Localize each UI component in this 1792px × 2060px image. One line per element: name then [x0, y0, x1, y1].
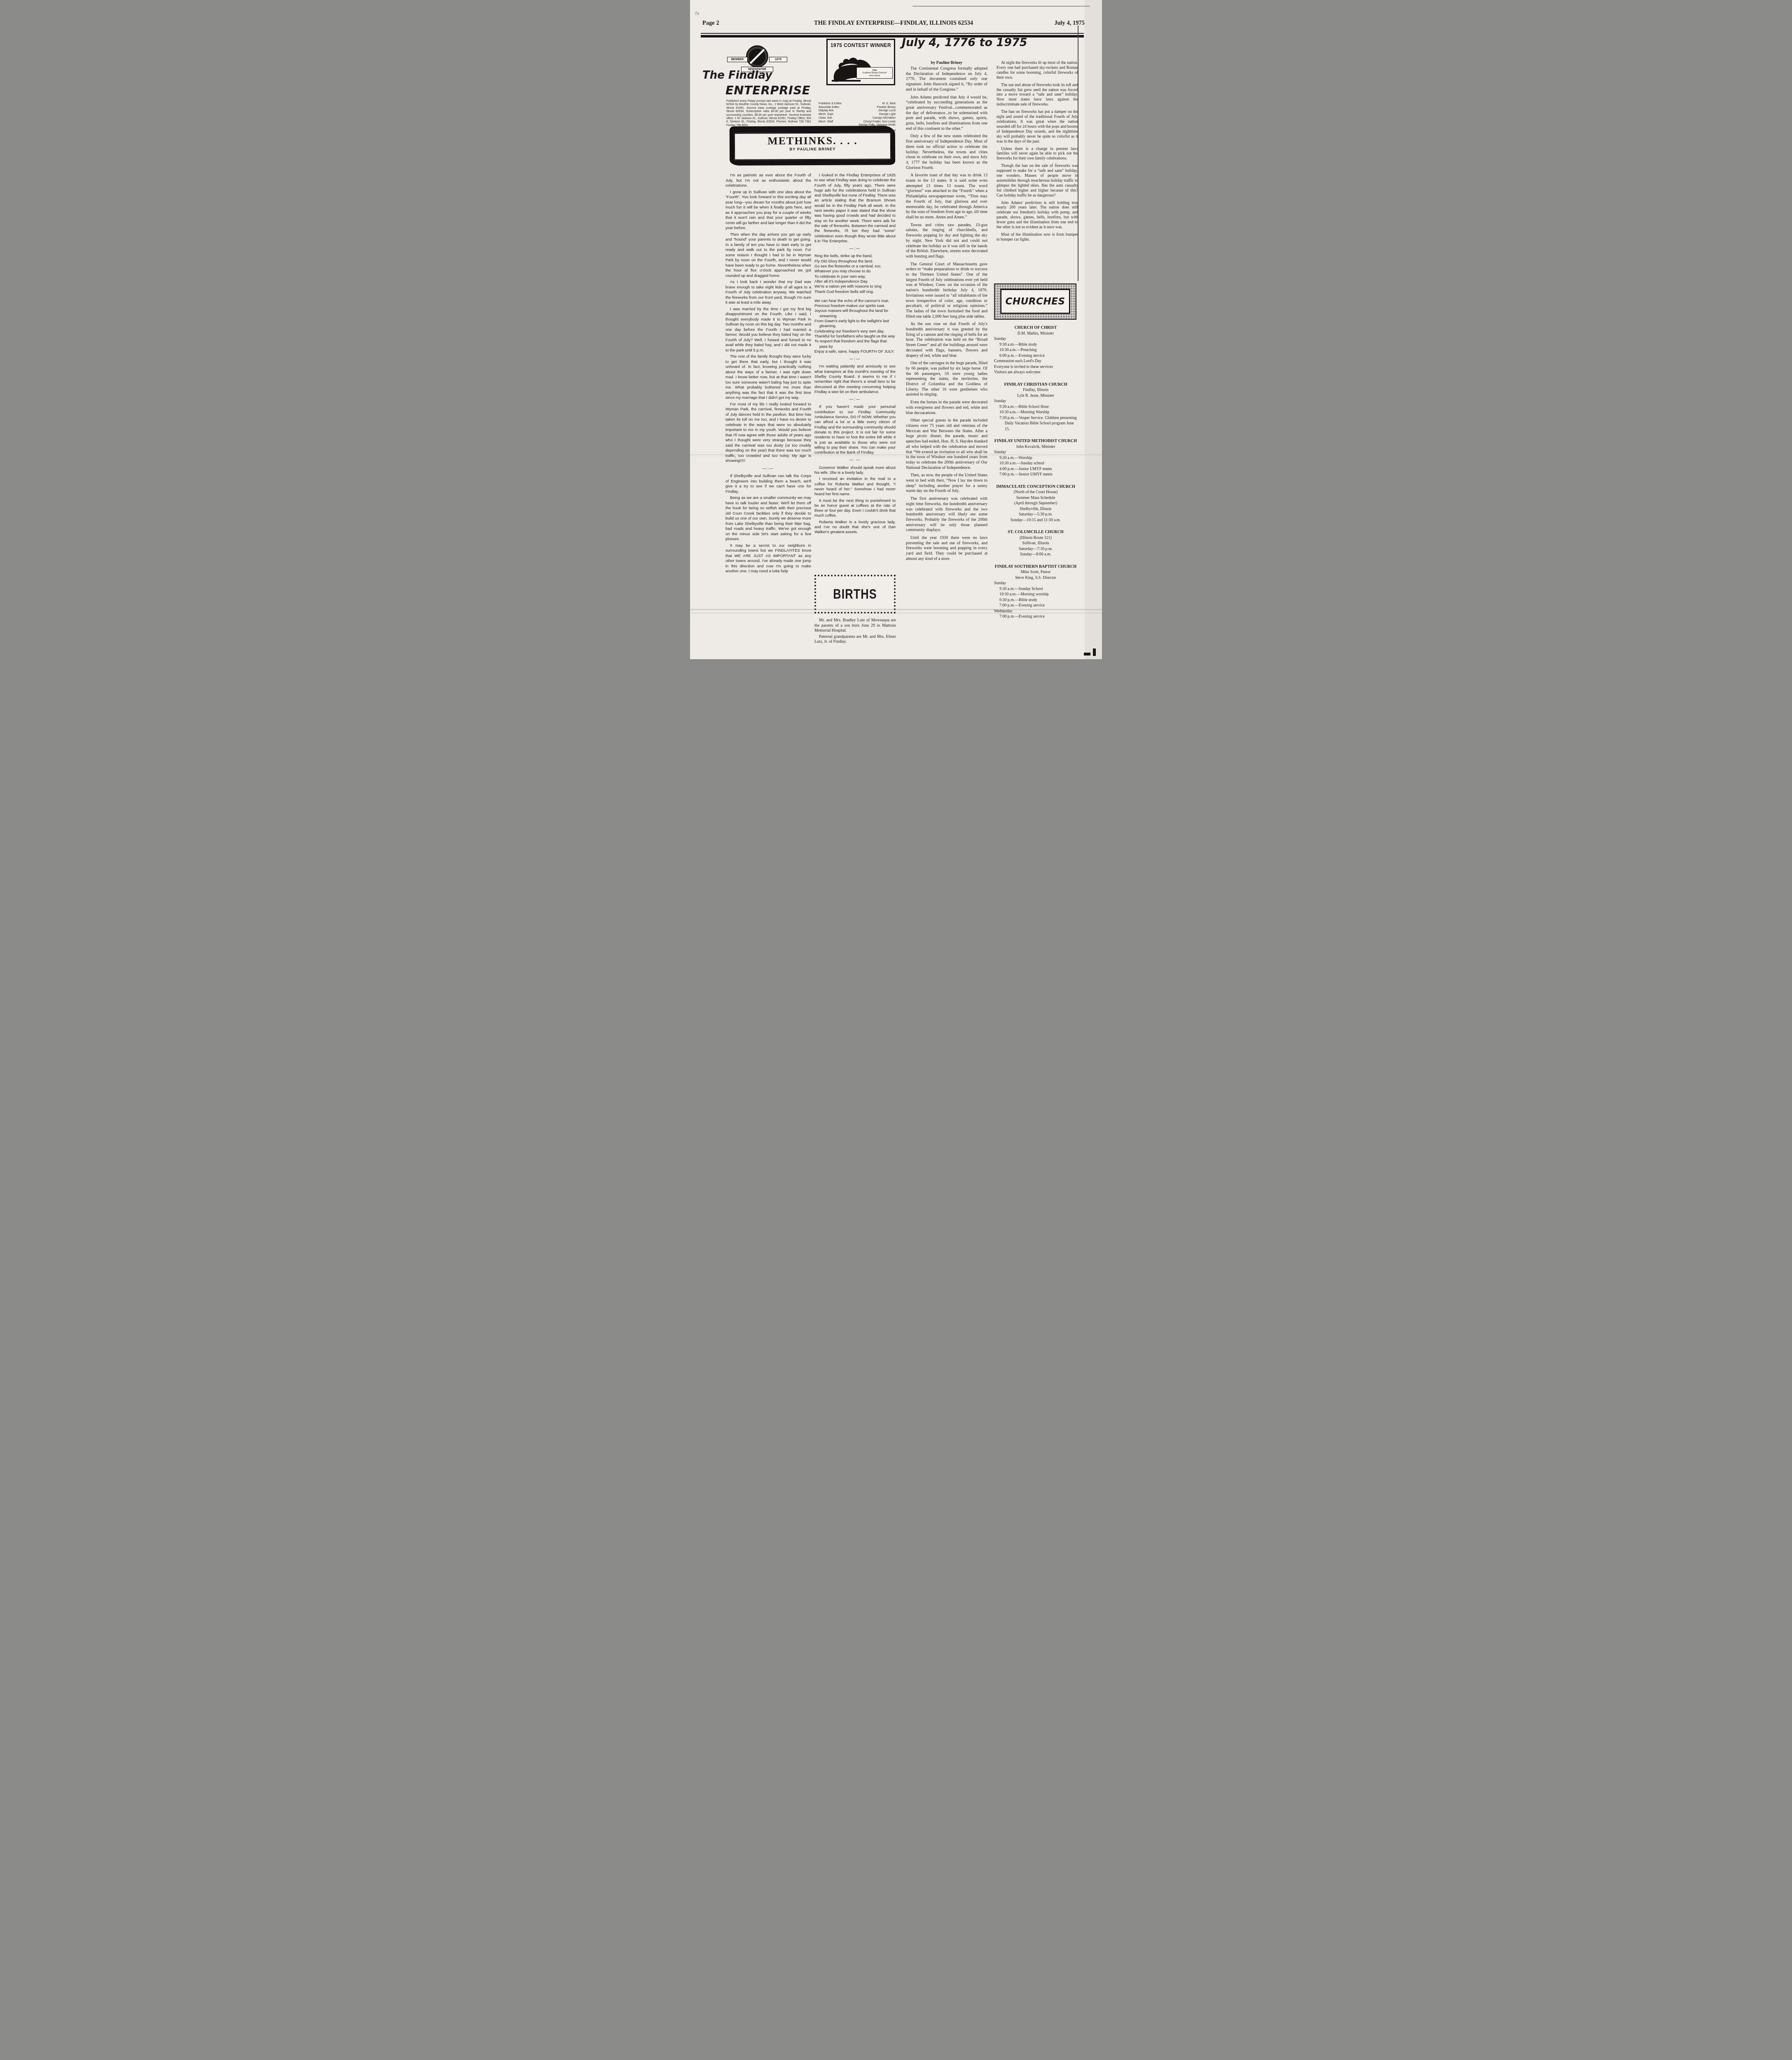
methinks-left-column: I'm as patriotic as ever about the Fourt…: [725, 173, 811, 643]
methinks-byline: BY PAULINE BRINEY: [735, 147, 890, 152]
methinks-right-column: I looked in the Findlay Enterprises of 1…: [814, 173, 896, 571]
feature-article-left-column: The Continental Congress formally adopte…: [906, 66, 987, 656]
methinks-title: METHINKS. . . .: [735, 134, 890, 147]
births-banner-title: BIRTHS: [833, 586, 877, 602]
contest-winner-box: 1975 CONTEST WINNER The Southern Illinoi…: [826, 39, 895, 85]
association-name-line1: Southern Illinois Editorial: [863, 72, 887, 74]
scan-mark: fa: [695, 11, 699, 16]
scan-artifact-line: [912, 6, 1090, 7]
page-header: Page 2 THE FINDLAY ENTERPRISE—FINDLAY, I…: [702, 20, 1085, 28]
paper-name-line1: The Findlay: [702, 69, 772, 82]
church-listings: CHURCH OF CHRISTD.M. Mathis, MinisterSun…: [994, 325, 1077, 655]
churches-section-banner: CHURCHES: [994, 283, 1076, 320]
scan-corner-mark: [1084, 653, 1090, 655]
scan-edge-shading: [1085, 0, 1102, 659]
scan-artifact-band: [690, 454, 1102, 455]
churches-banner-title: CHURCHES: [1000, 289, 1070, 314]
publication-info: Published every Firday (except last week…: [726, 100, 811, 127]
issue-date: July 4, 1975: [1054, 20, 1085, 27]
association-name-line2: Association: [869, 75, 880, 77]
contest-winner-title: 1975 CONTEST WINNER: [828, 42, 894, 48]
newspaper-name-header: THE FINDLAY ENTERPRISE—FINDLAY, ILLINOIS…: [702, 20, 1085, 27]
header-rule-thin: [701, 33, 1084, 34]
paper-name-line2: ENTERPRISE: [725, 83, 810, 97]
feature-article-right-column: At night the fireworks lit up most of th…: [997, 61, 1078, 282]
births-section-banner: BIRTHS: [814, 575, 896, 613]
scan-corner-mark: [1093, 648, 1096, 656]
press-association-seal-icon: [746, 45, 768, 68]
methinks-banner: METHINKS. . . . BY PAULINE BRINEY: [730, 126, 895, 166]
scan-artifact-band: [690, 609, 1102, 610]
association-script-the: The: [857, 68, 892, 72]
methinks-banner-panel: METHINKS. . . . BY PAULINE BRINEY: [734, 132, 891, 160]
feature-article-title: July 4, 1776 to 1975: [902, 36, 1100, 49]
scan-artifact-band: [690, 613, 1102, 613]
editorial-association-label: The Southern Illinois Editorial Associat…: [856, 67, 893, 79]
births-announcement: Mr. and Mrs. Bradley Lutz of Moweaqua ar…: [814, 618, 896, 656]
feature-article-byline: by Pauline Briney: [906, 61, 987, 65]
badge-member-ribbon: MEMBER: [727, 57, 748, 62]
scan-vertical-rule: [1078, 26, 1078, 281]
badge-year-ribbon: 1975: [769, 57, 787, 62]
newspaper-page: fa Page 2 THE FINDLAY ENTERPRISE—FINDLAY…: [690, 0, 1102, 659]
